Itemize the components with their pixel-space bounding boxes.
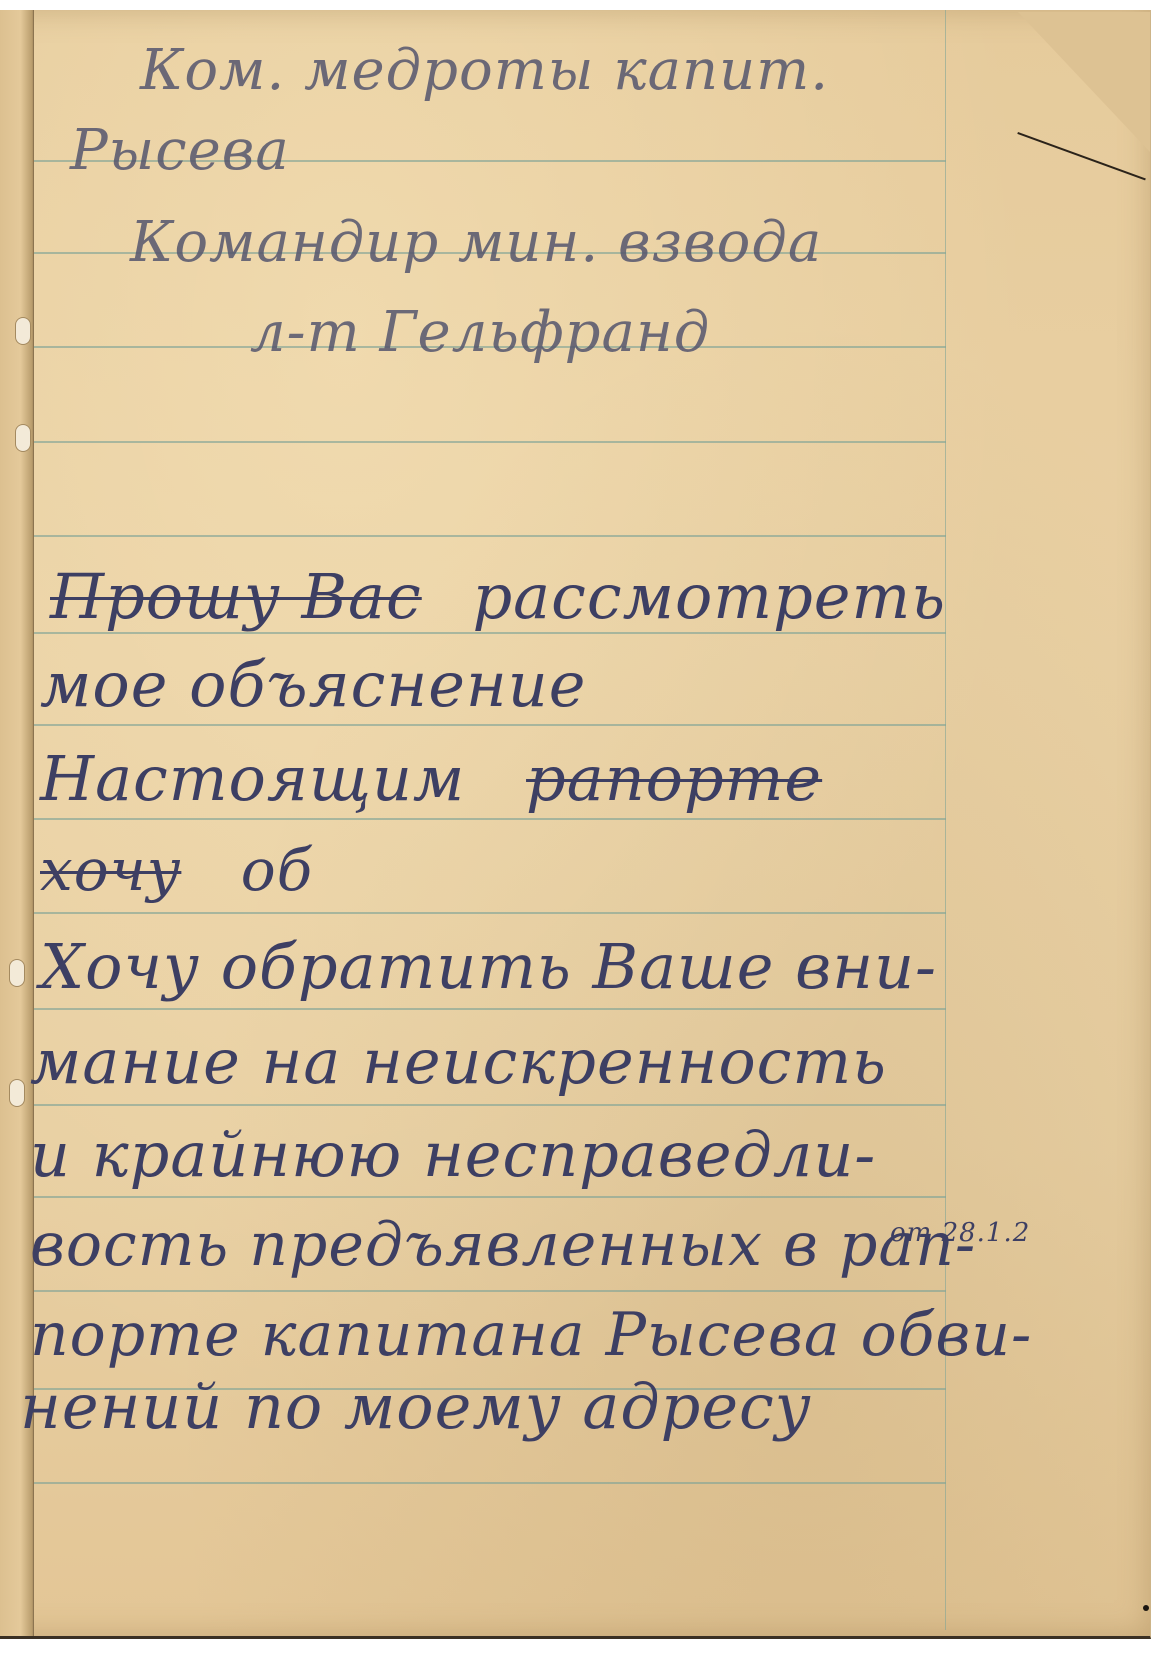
body-line-1: Прошу Вас рассмотреть: [50, 560, 946, 633]
body-line-4: хочу об: [40, 836, 313, 904]
body-line-10: нений по моему адресу: [20, 1370, 812, 1443]
struck-text: хочу: [40, 836, 181, 904]
body-line-6: мание на неискренность: [30, 1025, 887, 1098]
struck-text: Прошу Вас: [50, 560, 422, 633]
date-annotation: от 28.1.2: [890, 1218, 1030, 1248]
body-line-5: Хочу обратить Ваше вни-: [40, 930, 937, 1003]
body-line-9: порте капитана Рысева обви-: [30, 1300, 1032, 1370]
body-line-2: мое объяснение: [40, 648, 586, 721]
body-text: об: [241, 836, 313, 904]
body-text: Настоящим: [40, 742, 465, 815]
letter-body: Прошу Вас рассмотреть мое объяснение Нас…: [0, 0, 1162, 1664]
struck-text: рапорте: [526, 742, 822, 815]
body-line-8: вость предъявленных в рап-: [30, 1210, 976, 1280]
body-text: рассмотреть: [472, 560, 946, 633]
body-line-7: и крайнюю несправедли-: [30, 1118, 876, 1191]
body-line-3: Настоящим рапорте: [40, 742, 822, 815]
